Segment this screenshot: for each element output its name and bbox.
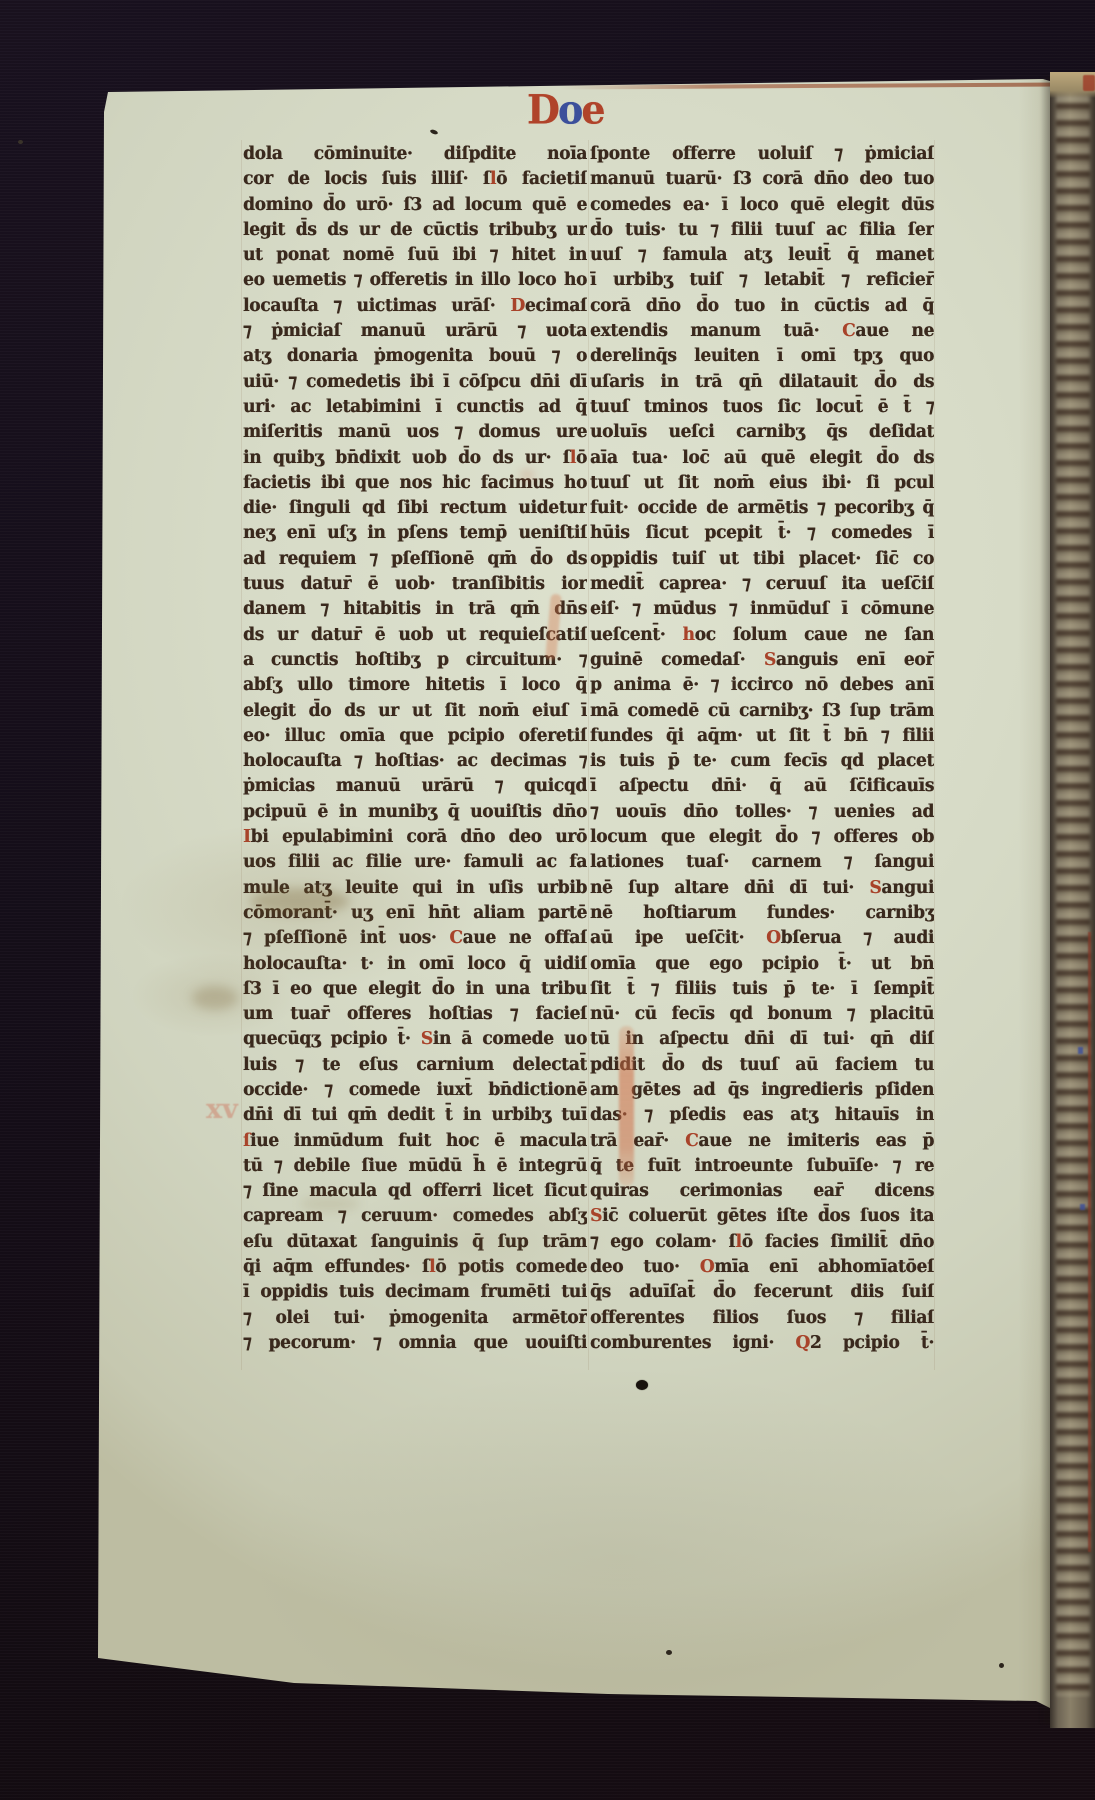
manuscript-line: guinē comedaſ· Sanguis enī eor̄: [590, 647, 934, 674]
manuscript-line: luis ⁊ te eſus carnium delectat̄: [243, 1052, 587, 1079]
manuscript-line: um tuar̄ offeres hoſtias ⁊ facieſ: [243, 1001, 587, 1028]
manuscript-line: locum que elegit d̄o ⁊ offeres ob: [590, 824, 934, 851]
manuscript-line: atʒ donaria ṗmogenita bouū ⁊ o: [243, 343, 587, 370]
manuscript-line: ⁊ pſeſſionē int̄ uos· Caue ne offaſ: [243, 925, 587, 952]
manuscript-line: is tuis p̄ te· cum fecīs qd placet: [590, 748, 934, 775]
manuscript-line: dola cōminuite· diſpdite noīa: [243, 141, 587, 168]
manuscript-line: dn̄i dī tui qm̄ dedit t̄ in urbibʒ tuī: [243, 1102, 587, 1129]
manuscript-line: occide· ⁊ comede iuxt̄ bn̄dictionē: [243, 1077, 587, 1104]
parchment-stain: [192, 986, 238, 1010]
next-page-blue-initial: [1080, 1204, 1085, 1210]
parchment-stain: [520, 470, 534, 480]
text-column-right: ſponte offerre uoluiſ ⁊ ṗmiciaſmanuū tua…: [590, 141, 934, 1365]
manuscript-line: elegit d̄o ds ur ut ſit nom̄ eiuſ ī: [243, 698, 587, 725]
running-title: Doe: [527, 86, 637, 138]
manuscript-line: ṗmicias manuū urārū ⁊ quicqd: [243, 773, 587, 800]
manuscript-line: hūis ſicut pcepit t̄· ⁊ comedes ī: [590, 520, 934, 547]
manuscript-line: ī oppidis tuis decimam frumēti tui: [243, 1279, 587, 1306]
faded-red-paraph-mark: [619, 1026, 634, 1186]
manuscript-line: eiſ· ⁊ mūdus ⁊ inmūduſ ī cōmune: [590, 596, 934, 623]
ruling-line: [241, 140, 242, 1370]
text-column-left: dola cōminuite· diſpdite noīacor de loci…: [243, 141, 587, 1365]
manuscript-line: miſeritis manū uos ⁊ domus ure: [243, 419, 587, 446]
manuscript-photo: Doe dola cōminuite· diſpdite noīacor de …: [0, 0, 1095, 1800]
manuscript-line: aīa tua· loc̄ aū quē elegit d̄o ds: [590, 445, 934, 472]
next-page-red-title-glimpse: [1083, 75, 1095, 91]
manuscript-line: danem ⁊ hitabitis in trā qm̄ dn̄s: [243, 596, 587, 623]
manuscript-line: extendis manum tuā· Caue ne: [590, 318, 934, 345]
manuscript-line: ſ3 ī eo que elegit d̄o in una tribu: [243, 976, 587, 1003]
manuscript-line: tū in aſpectu dn̄i dī tui· qn̄ diſ: [590, 1026, 934, 1053]
manuscript-line: comburentes igni· Q2 pcipio t̄·: [590, 1330, 934, 1357]
manuscript-line: eſu dūtaxat ſanguinis q̄ ſup trām: [243, 1229, 587, 1256]
manuscript-line: eo uemetis ⁊ offeretis in illo loco ho: [243, 267, 587, 294]
manuscript-line: uſaris in trā qn̄ dilatauit d̄o ds: [590, 369, 934, 396]
manuscript-line: offerentes filios ſuos ⁊ filiaſ: [590, 1305, 934, 1332]
faded-chapter-mark: xv: [206, 1094, 254, 1128]
manuscript-line: fuit· occide de armētis ⁊ pecoribʒ q̄: [590, 495, 934, 522]
manuscript-line: eo· illuc omīa que pcipio oferetiſ: [243, 723, 587, 750]
manuscript-line: lationes tuaſ· carnem ⁊ ſangui: [590, 849, 934, 876]
ink-speck: [18, 140, 23, 144]
manuscript-line: ſiue inmūdum fuit hoc ē macula: [243, 1128, 587, 1155]
manuscript-line: nē ſup altare dn̄i dī tui· Sangui: [590, 875, 934, 902]
manuscript-line: nē hoſtiarum fundes· carnibʒ: [590, 900, 934, 927]
manuscript-line: ⁊ ṗmiciaſ manuū urārū ⁊ uota: [243, 318, 587, 345]
manuscript-line: uiū· ⁊ comedetis ibi ī cōſpcu dn̄i dī: [243, 369, 587, 396]
manuscript-line: domino d̄o urō· ſ3 ad locum quē e: [243, 192, 587, 219]
parchment-stain: [250, 888, 350, 914]
parchment-stain: [300, 1196, 360, 1212]
manuscript-line: locauſta ⁊ uictimas urāſ· Decimaſ: [243, 293, 587, 320]
manuscript-line: ī aſpectu dn̄i· q̄ aū ſc̄ificauīs: [590, 773, 934, 800]
manuscript-line: abſʒ ullo timore hitetis ī loco q̄: [243, 672, 587, 699]
manuscript-line: ad requiem ⁊ pſeſſionē qm̄ d̄o ds: [243, 546, 587, 573]
manuscript-line: ut ponat nomē ſuū ibi ⁊ hitet in: [243, 242, 587, 269]
manuscript-line: comedes ea· ī loco quē elegit dūs: [590, 192, 934, 219]
manuscript-line: ſit t̄ ⁊ filiis tuis p̄ te· ī ſempit̄: [590, 976, 934, 1003]
manuscript-line: uri· ac letabimini ī cunctis ad q̄: [243, 394, 587, 421]
manuscript-line: das· ⁊ pſedis eas atʒ hitauīs in: [590, 1102, 934, 1129]
manuscript-line: mā comedē cū carnibʒ· ſ3 ſup trām: [590, 698, 934, 725]
ink-blot: [636, 1380, 648, 1390]
manuscript-line: am gētes ad q̄s ingredieris pſiden: [590, 1077, 934, 1104]
manuscript-line: ⁊ ſine macula qd offerri licet ſicut: [243, 1178, 587, 1205]
manuscript-line: ds ur datur̄ ē uob ut requieſcatiſ: [243, 622, 587, 649]
ruling-line: [588, 140, 589, 1370]
manuscript-line: legit d̄s ds ur de cūctis tribubʒ ur: [243, 217, 587, 244]
manuscript-line: ⁊ uouīs dn̄o tolles· ⁊ uenies ad: [590, 799, 934, 826]
fore-edge-pages: [1050, 72, 1095, 1728]
manuscript-line: cor de locis ſuis illiſ· ſlō facietiſ: [243, 166, 587, 193]
manuscript-line: ⁊ ego colam· ſlō facies ſimilit̄ dn̄o: [590, 1229, 934, 1256]
manuscript-line: q̄ te fuīt introeunte ſubuīſe· ⁊ re: [590, 1153, 934, 1180]
manuscript-line: d̄o tuis· tu ⁊ filii tuuſ ac filia ſer: [590, 217, 934, 244]
manuscript-line: fundes q̄i aq̄m· ut ſit t̄ bn̄ ⁊ filii: [590, 723, 934, 750]
manuscript-line: manuū tuarū· ſ3 corā dn̄o deo tuo: [590, 166, 934, 193]
manuscript-line: ueſcent̄· hoc ſolum caue ne ſan: [590, 622, 934, 649]
next-page-red-rule: [1088, 932, 1091, 1552]
running-title-letter: D: [527, 85, 558, 135]
manuscript-line: holocauſta· t· in omī loco q̄ uidiſ: [243, 951, 587, 978]
manuscript-line: die· ſinguli qd ſibi rectum uidetur: [243, 495, 587, 522]
running-title-letter: o: [558, 85, 581, 135]
manuscript-line: tū ⁊ debile ſiue mūdū h̄ ē integrū: [243, 1153, 587, 1180]
manuscript-line: a cunctis hoſtibʒ p circuitum· ⁊: [243, 647, 587, 674]
manuscript-line: pcipuū ē in munibʒ q̄ uouiſtis dn̄o: [243, 799, 587, 826]
manuscript-line: ī urbibʒ tuiſ ⁊ letabit̄ ⁊ reficier̄: [590, 267, 934, 294]
manuscript-line: uuſ ⁊ famula atʒ leuit̄ q̄ manet: [590, 242, 934, 269]
ink-speck: [999, 1663, 1004, 1668]
running-title-letter: e: [581, 85, 603, 135]
manuscript-line: capream ⁊ ceruum· comedes abſʒ: [243, 1203, 587, 1230]
manuscript-line: quecūqʒ pcipio t̄· Sin ā comede uo: [243, 1026, 587, 1053]
manuscript-line: uos filii ac filie ure· famuli ac fa: [243, 849, 587, 876]
manuscript-line: aū ipe ueſc̄it· Obſerua ⁊ audi: [590, 925, 934, 952]
manuscript-line: nū· cū fecīs qd bonum ⁊ placitū: [590, 1001, 934, 1028]
manuscript-line: neʒ enī uſʒ in pſens temp̄ ueniſtiſ: [243, 520, 587, 547]
manuscript-line: uoluīs ueſci carnibʒ q̄s deſidat: [590, 419, 934, 446]
manuscript-line: omīa que ego pcipio t̄· ut bn̄: [590, 951, 934, 978]
manuscript-line: oppidis tuiſ ut tibi placet· ſic̄ co: [590, 546, 934, 573]
ink-speck: [666, 1650, 672, 1655]
next-page-blue-initial: [1078, 1047, 1083, 1054]
manuscript-line: ſponte offerre uoluiſ ⁊ ṗmiciaſ: [590, 141, 934, 168]
manuscript-line: pdidit d̄o ds tuuſ aū faciem tu: [590, 1052, 934, 1079]
manuscript-line: deo tuo· Omīa enī abhomīatōeſ: [590, 1254, 934, 1281]
manuscript-line: p anima ē· ⁊ iccirco nō debes anī: [590, 672, 934, 699]
manuscript-line: corā dn̄o d̄o tuo in cūctis ad q̄: [590, 293, 934, 320]
manuscript-line: trā ear̄· Caue ne imiteris eas p̄: [590, 1128, 934, 1155]
manuscript-line: in quibʒ bn̄dixit uob d̄o ds ur· ſlō: [243, 445, 587, 472]
manuscript-line: q̄s aduīſat̄ d̄o fecerunt diis ſuiſ: [590, 1279, 934, 1306]
manuscript-line: facietis ibi que nos hic facimus ho: [243, 470, 587, 497]
manuscript-line: ⁊ pecorum· ⁊ omnia que uouiſti: [243, 1330, 587, 1357]
next-page-blurred-text: [1056, 96, 1090, 1696]
manuscript-line: medit̄ caprea· ⁊ ceruuſ ita ueſc̄iſ: [590, 571, 934, 598]
manuscript-line: tuus datur̄ ē uob· tranſibitis ior: [243, 571, 587, 598]
manuscript-line: tuuſ ut ſit nom̄ eius ibi· ſi pcul: [590, 470, 934, 497]
manuscript-line: holocauſta ⁊ hoſtias· ac decimas ⁊: [243, 748, 587, 775]
manuscript-line: quiras cerimonias ear̄ dicens: [590, 1178, 934, 1205]
ruling-line: [934, 140, 935, 1370]
manuscript-line: Ibi epulabimini corā dn̄o deo urō: [243, 824, 587, 851]
manuscript-line: ⁊ olei tui· ṗmogenita armētor̄: [243, 1305, 587, 1332]
manuscript-line: tuuſ tminos tuos ſic locut̄ ē t̄ ⁊: [590, 394, 934, 421]
manuscript-line: Sic̄ coluerūt gētes iſte d̄os ſuos ita: [590, 1203, 934, 1230]
manuscript-line: derelinq̄s leuiten ī omī tpʒ quo: [590, 343, 934, 370]
manuscript-line: q̄i aq̄m effundes· ſlō potis comede: [243, 1254, 587, 1281]
